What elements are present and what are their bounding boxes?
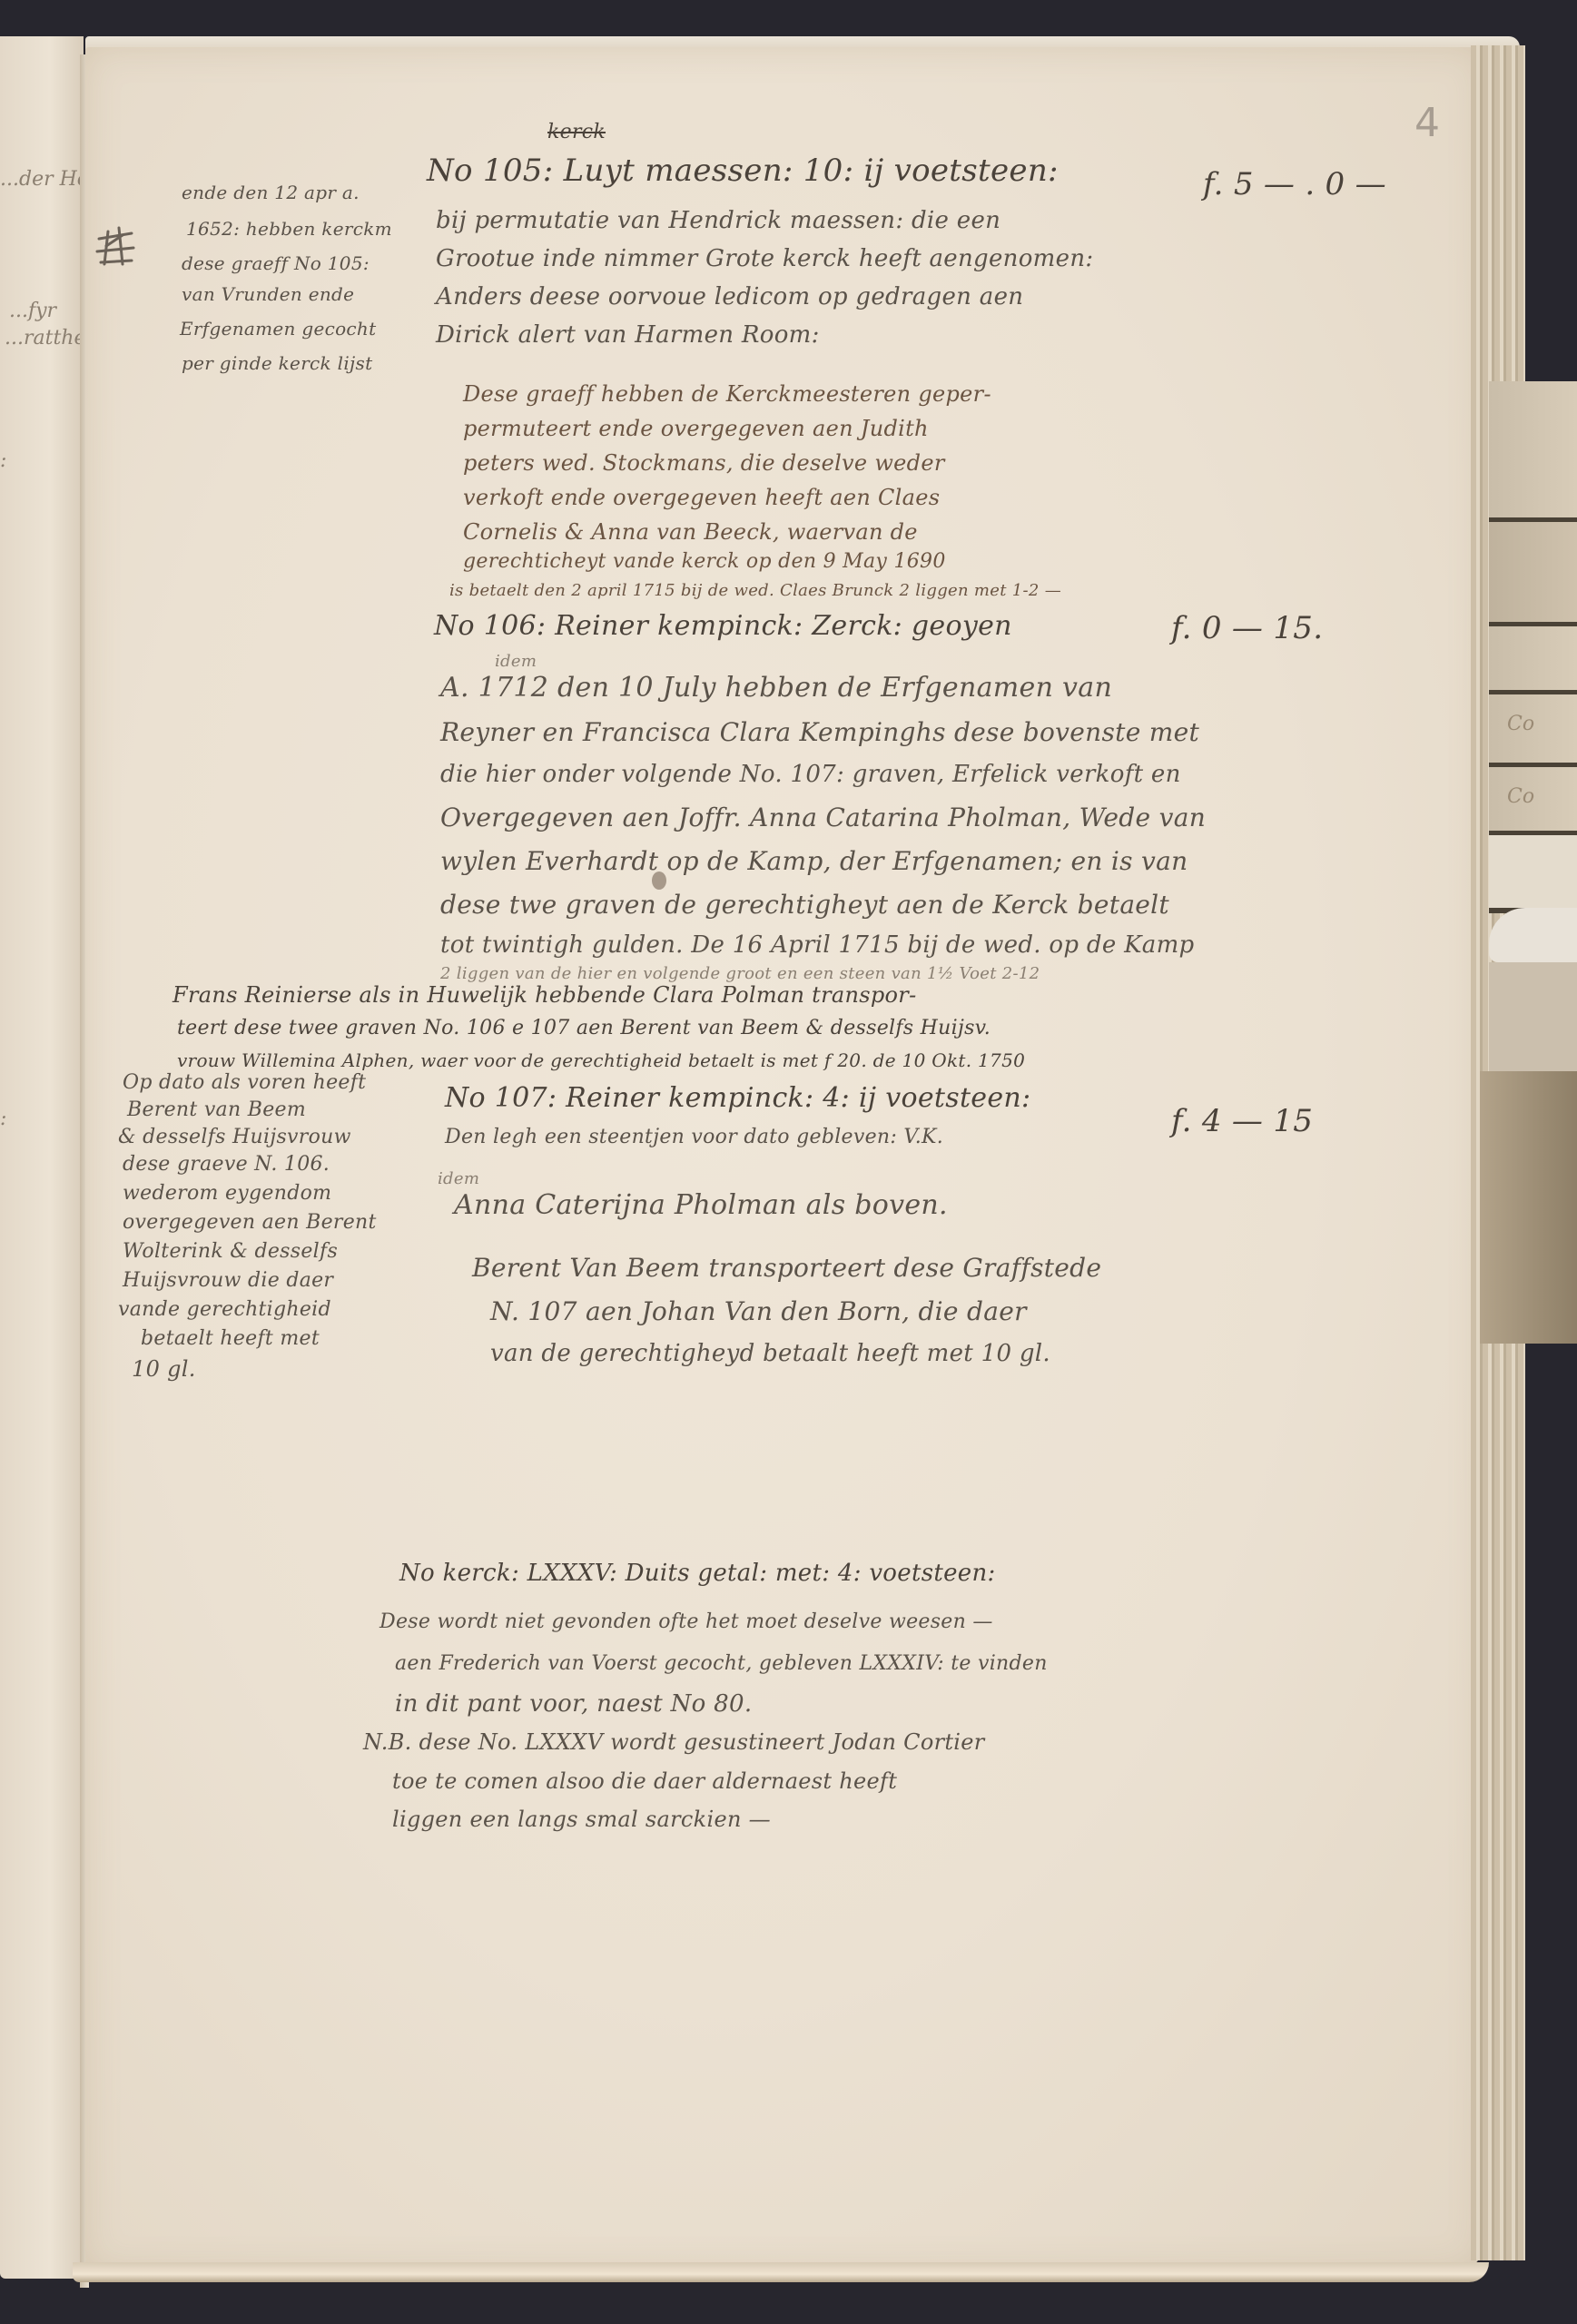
entry-106-body-line: wylen Everhardt op de Kamp, der Erfgenam… bbox=[440, 846, 1188, 876]
page-number: 4 bbox=[1414, 100, 1440, 146]
entry-105-margin-note: dese graeff No 105: bbox=[182, 252, 370, 274]
spine-stack bbox=[1480, 1071, 1577, 1344]
left-page-edge: ...der Hof ...fyr ...rattheo : : bbox=[0, 36, 84, 2279]
entry-105-margin-note: Erfgenamen gecocht bbox=[180, 318, 376, 340]
entry-107-amount: f. 4 — 15 bbox=[1171, 1103, 1313, 1139]
entry-105-header: No 105: Luyt maessen: 10: ij voetsteen: bbox=[427, 153, 1059, 189]
entry-106-body-line: Reyner en Francisca Clara Kempinghs dese… bbox=[440, 717, 1199, 747]
index-tab[interactable] bbox=[1489, 835, 1577, 913]
page-bottom-edge bbox=[73, 2262, 1489, 2282]
entry-107-header: No 107: Reiner kempinck: 4: ij voetsteen… bbox=[445, 1082, 1030, 1114]
entry-107-later-note: Berent Van Beem transporteert dese Graff… bbox=[472, 1253, 1101, 1283]
entry-105-margin-note: ende den 12 apr a. bbox=[182, 182, 360, 203]
index-tab[interactable] bbox=[1489, 962, 1577, 1077]
left-page-fragment: : bbox=[0, 449, 6, 472]
entry-lxxxv-body-line: in dit pant voor, naest No 80. bbox=[395, 1690, 752, 1718]
entry-lxxxv-nb-note: liggen een langs smal sarckien — bbox=[392, 1807, 771, 1832]
entry-105-body-line: bij permutatie van Hendrick maessen: die… bbox=[436, 207, 1000, 234]
ink-blot bbox=[652, 871, 666, 890]
entry-105-later-note: peters wed. Stockmans, die deselve weder bbox=[463, 450, 945, 476]
entry-105-margin-note: per ginde kerck lijst bbox=[182, 352, 372, 374]
entry-105-later-note: verkoft ende overgegeven heeft aen Claes bbox=[463, 485, 940, 510]
entry-105-later-note: is betaelt den 2 april 1715 bij de wed. … bbox=[449, 581, 1061, 600]
index-tab[interactable]: Co bbox=[1489, 694, 1577, 768]
entry-106-body-line: 2 liggen van de hier en volgende groot e… bbox=[440, 964, 1040, 983]
entry-106-body-line: Overgegeven aen Joffr. Anna Catarina Pho… bbox=[440, 803, 1206, 832]
entry-107-idem: idem bbox=[438, 1169, 479, 1188]
entry-105-body-line: Dirick alert van Harmen Room: bbox=[436, 321, 820, 349]
entry-107-body-line: Den legh een steentjen voor dato gebleve… bbox=[445, 1126, 943, 1148]
entry-105-amount: f. 5 — . 0 — bbox=[1203, 166, 1386, 202]
entry-107-later-note: van de gerechtigheyd betaalt heeft met 1… bbox=[490, 1340, 1050, 1367]
entry-lxxxv-body-line: Dese wordt niet gevonden ofte het moet d… bbox=[379, 1610, 993, 1633]
left-page-fragment: : bbox=[0, 1108, 6, 1130]
index-tab[interactable] bbox=[1489, 381, 1577, 523]
entry-106-transfer-note: vrouw Willemina Alphen, waer voor de ger… bbox=[177, 1049, 1025, 1071]
entry-107-margin-note: overgegeven aen Berent bbox=[123, 1211, 377, 1234]
entry-106-body-line: tot twintigh gulden. De 16 April 1715 bi… bbox=[440, 931, 1195, 959]
entry-107-margin-note: Huijsvrouw die daer bbox=[123, 1269, 333, 1292]
entry-106-body-line: dese twe graven de gerechtigheyt aen de … bbox=[440, 890, 1169, 920]
entry-106-idem: idem bbox=[495, 652, 537, 671]
entry-105-later-note: Cornelis & Anna van Beeck, waervan de bbox=[463, 519, 918, 545]
entry-lxxxv-nb-note: toe te comen alsoo die daer aldernaest h… bbox=[392, 1768, 897, 1794]
entry-105-body-line: Grootue inde nimmer Grote kerck heeft ae… bbox=[436, 245, 1093, 272]
entry-lxxxv-body-line: aen Frederich van Voerst gecocht, geblev… bbox=[395, 1652, 1048, 1675]
entry-107-margin-note: & desselfs Huijsvrouw bbox=[118, 1126, 351, 1148]
entry-107-margin-note: vande gerechtigheid bbox=[118, 1298, 331, 1321]
left-page-fragment: ...fyr bbox=[9, 300, 56, 322]
entry-106-body-line: A. 1712 den 10 July hebben de Erfgenamen… bbox=[440, 672, 1112, 704]
index-tab[interactable] bbox=[1489, 522, 1577, 627]
entry-106-transfer-note: Frans Reinierse als in Huwelijk hebbende… bbox=[172, 982, 916, 1008]
entry-107-margin-note: wederom eygendom bbox=[123, 1182, 331, 1205]
entry-lxxxv-header: No kerck: LXXXV: Duits getal: met: 4: vo… bbox=[399, 1560, 996, 1587]
entry-107-body-line: Anna Caterijna Pholman als boven. bbox=[454, 1189, 948, 1221]
entry-106-body-line: die hier onder volgende No. 107: graven,… bbox=[440, 761, 1181, 788]
entry-105-margin-note: 1652: hebben kerckm bbox=[186, 218, 392, 240]
entry-106-transfer-note: teert dese twee graven No. 106 e 107 aen… bbox=[177, 1017, 991, 1039]
entry-106-header: No 106: Reiner kempinck: Zerck: geoyen bbox=[434, 610, 1012, 642]
entry-105-later-note: gerechticheyt vande kerck op den 9 May 1… bbox=[463, 550, 946, 573]
entry-107-margin-note: Wolterink & desselfs bbox=[123, 1240, 338, 1263]
index-tab[interactable]: Co bbox=[1489, 767, 1577, 836]
entry-lxxxv-nb-note: N.B. dese No. LXXXV wordt gesustineert J… bbox=[363, 1729, 985, 1755]
entry-105-later-note: Dese graeff hebben de Kerckmeesteren gep… bbox=[463, 381, 991, 407]
house-mark-icon bbox=[95, 222, 137, 266]
entry-105-margin-note: van Vrunden ende bbox=[182, 283, 354, 305]
entry-107-margin-note: dese graeve N. 106. bbox=[123, 1153, 330, 1176]
entry-105-later-note: permuteert ende overgegeven aen Judith bbox=[463, 416, 929, 441]
index-tab[interactable] bbox=[1489, 626, 1577, 695]
entry-105-body-line: Anders deese oorvoue ledicom op gedragen… bbox=[436, 283, 1023, 310]
entry-106-amount: f. 0 — 15. bbox=[1171, 610, 1323, 646]
entry-107-margin-note: 10 gl. bbox=[132, 1356, 196, 1382]
entry-107-later-note: N. 107 aen Johan Van den Born, die daer bbox=[490, 1296, 1027, 1326]
paper-fold bbox=[1489, 908, 1577, 962]
entry-107-margin-note: betaelt heeft met bbox=[141, 1327, 320, 1350]
entry-107-margin-note: Berent van Beem bbox=[127, 1098, 306, 1121]
entry-107-margin-note: Op dato als voren heeft bbox=[123, 1071, 366, 1094]
struck-word: kerck bbox=[547, 121, 606, 143]
